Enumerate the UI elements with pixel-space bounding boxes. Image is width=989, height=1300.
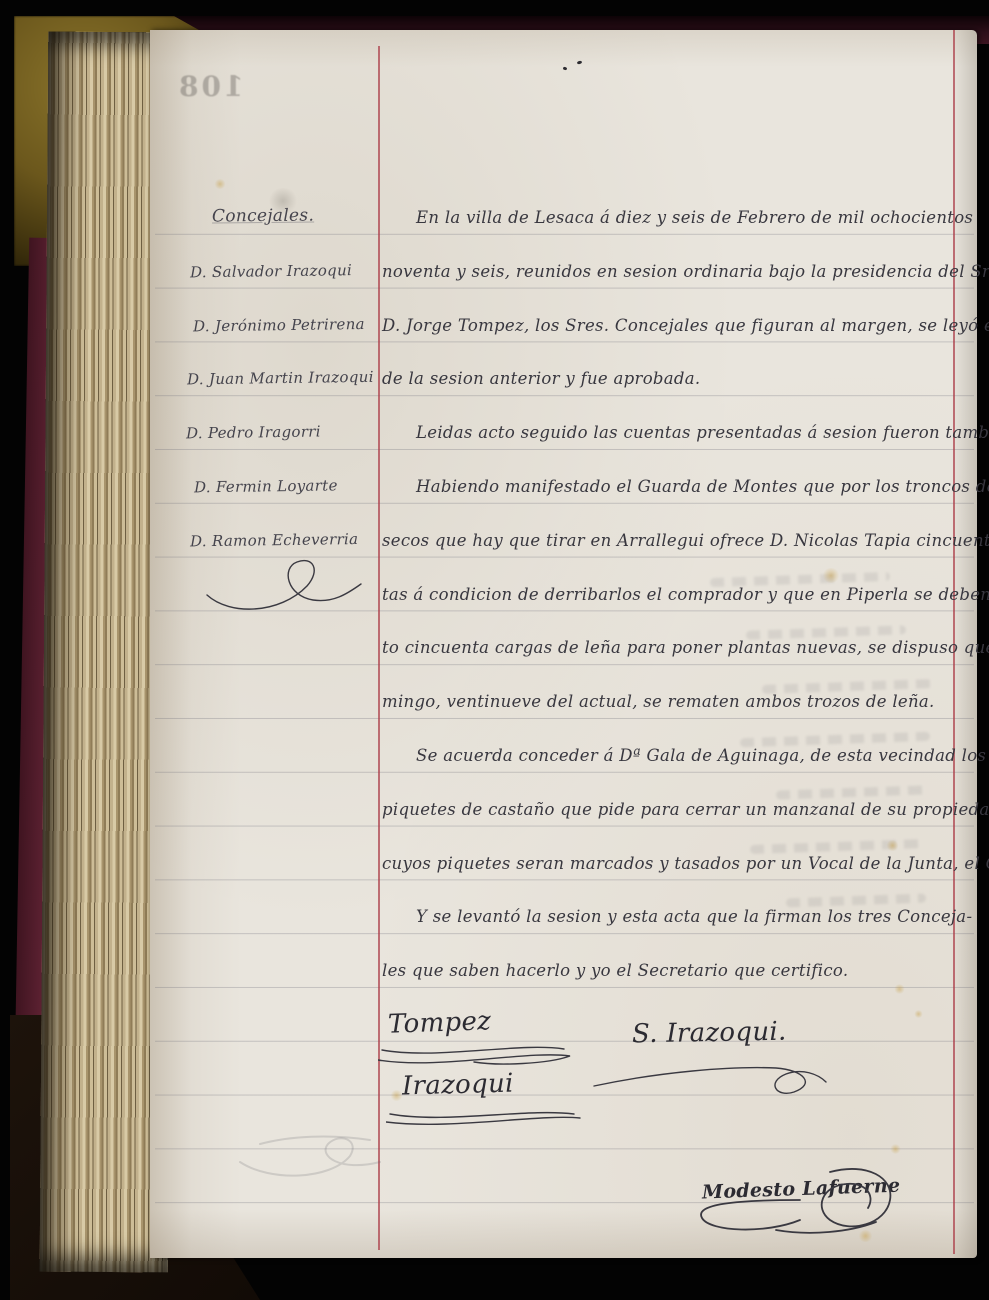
body-line: piquetes de castaño que pide para cerrar… xyxy=(382,793,950,829)
stain xyxy=(858,1230,873,1242)
ghost-page-number: 108 xyxy=(176,70,243,103)
body-line: to cincuenta cargas de leña para poner p… xyxy=(382,631,950,667)
stain xyxy=(890,1144,901,1154)
ink-mark xyxy=(577,60,583,64)
margin-heading: Concejales. xyxy=(212,206,314,227)
body-line: de la sesion anterior y fue aprobada. xyxy=(382,362,950,398)
stain xyxy=(214,179,226,189)
stain xyxy=(886,840,899,851)
body-line: les que saben hacerlo y yo el Secretario… xyxy=(382,954,950,990)
signature-concejal-2: Irazoqui xyxy=(402,1069,514,1102)
body-line: En la villa de Lesaca á diez y seis de F… xyxy=(382,201,950,237)
stain xyxy=(268,188,298,214)
body-line: tas á condicion de derribarlos el compra… xyxy=(382,578,950,614)
body-line: cuyos piquetes seran marcados y tasados … xyxy=(382,847,950,883)
body-line: D. Jorge Tompez, los Sres. Concejales qu… xyxy=(382,309,950,345)
body-line: Habiendo manifestado el Guarda de Montes… xyxy=(382,470,950,506)
manuscript-page: 108 Concejales. D. Salvador Irazoqui D. … xyxy=(150,30,977,1258)
margin-name: D. Pedro Iragorri xyxy=(186,421,382,444)
margin-name: D. Ramon Echeverria xyxy=(190,529,386,552)
margin-name: D. Juan Martin Irazoqui xyxy=(187,367,383,390)
body-line: Y se levantó la sesion y esta acta que l… xyxy=(382,900,950,936)
stain xyxy=(894,984,905,994)
signature-concejal-1: S. Irazoqui. xyxy=(632,1017,787,1050)
body-line: mingo, ventinueve del actual, se rematen… xyxy=(382,685,950,721)
body-line: noventa y seis, reunidos en sesion ordin… xyxy=(382,255,950,291)
stain xyxy=(822,568,840,583)
stain xyxy=(390,1090,403,1101)
margin-name: D. Fermin Loyarte xyxy=(194,475,390,498)
scanned-minute-book-photo: 108 Concejales. D. Salvador Irazoqui D. … xyxy=(0,0,989,1300)
margin-name: D. Salvador Irazoqui xyxy=(190,260,386,283)
body-line: Leidas acto seguido las cuentas presenta… xyxy=(382,416,950,452)
stain xyxy=(914,1010,923,1018)
margin-name: D. Jerónimo Petrirena xyxy=(193,314,389,337)
signature-alcalde: Tompez xyxy=(388,1006,492,1040)
red-margin-rule-left xyxy=(378,46,380,1250)
ink-mark xyxy=(563,66,568,70)
body-line: Se acuerda conceder á Dª Gala de Aguinag… xyxy=(382,739,950,775)
body-line: secos que hay que tirar en Arrallegui of… xyxy=(382,524,950,560)
